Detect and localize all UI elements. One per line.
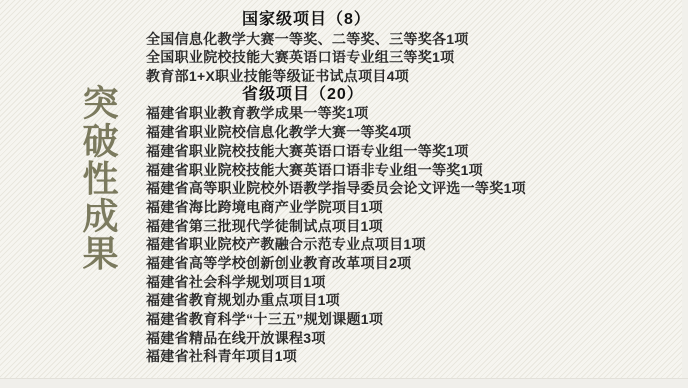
section-heading-national: 国家级项目（8） <box>146 11 682 30</box>
list-item: 福建省第三批现代学徒制试点项目1项 <box>146 217 682 236</box>
list-item: 教育部1+X职业技能等级证书试点项目4项 <box>146 67 682 86</box>
list-item: 福建省职业院校技能大赛英语口语专业组一等奖1项 <box>146 142 682 161</box>
list-item: 福建省高等职业院校外语教学指导委员会论文评选一等奖1项 <box>146 179 682 198</box>
list-item: 福建省精品在线开放课程3项 <box>146 329 682 348</box>
list-item: 福建省教育科学“十三五”规划课题1项 <box>146 310 682 329</box>
list-item: 福建省高等学校创新创业教育改革项目2项 <box>146 254 682 273</box>
slide: 突破性成果 国家级项目（8） 全国信息化教学大赛一等奖、二等奖、三等奖各1项 全… <box>0 0 688 388</box>
list-item: 福建省海比跨境电商产业学院项目1项 <box>146 198 682 217</box>
list-item: 福建省社会科学规划项目1项 <box>146 273 682 292</box>
list-item: 福建省职业教育教学成果一等奖1项 <box>146 104 682 123</box>
list-item: 全国信息化教学大赛一等奖、二等奖、三等奖各1项 <box>146 30 682 49</box>
list-item: 福建省职业院校信息化教学大赛一等奖4项 <box>146 123 682 142</box>
list-item: 福建省职业院校产教融合示范专业点项目1项 <box>146 235 682 254</box>
list-item: 福建省社科青年项目1项 <box>146 347 682 366</box>
list-item: 福建省教育规划办重点项目1项 <box>146 291 682 310</box>
achievement-list: 国家级项目（8） 全国信息化教学大赛一等奖、二等奖、三等奖各1项 全国职业院校技… <box>146 11 682 366</box>
page-title: 突破性成果 <box>73 84 124 272</box>
section-heading-provincial: 省级项目（20） <box>146 86 682 105</box>
footer-strip <box>0 378 688 388</box>
list-item: 全国职业院校技能大赛英语口语专业组三等奖1项 <box>146 48 682 67</box>
list-item: 福建省职业院校技能大赛英语口语非专业组一等奖1项 <box>146 161 682 180</box>
